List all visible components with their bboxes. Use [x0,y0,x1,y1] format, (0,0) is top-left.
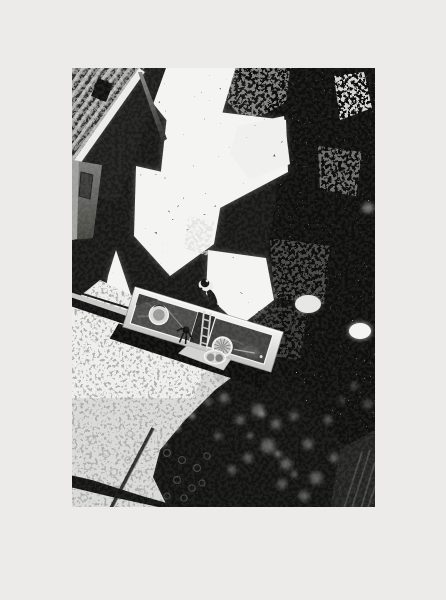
photograph [72,68,375,507]
photograph-plate [72,68,375,507]
print-grain [72,68,375,507]
page-background [0,0,446,600]
